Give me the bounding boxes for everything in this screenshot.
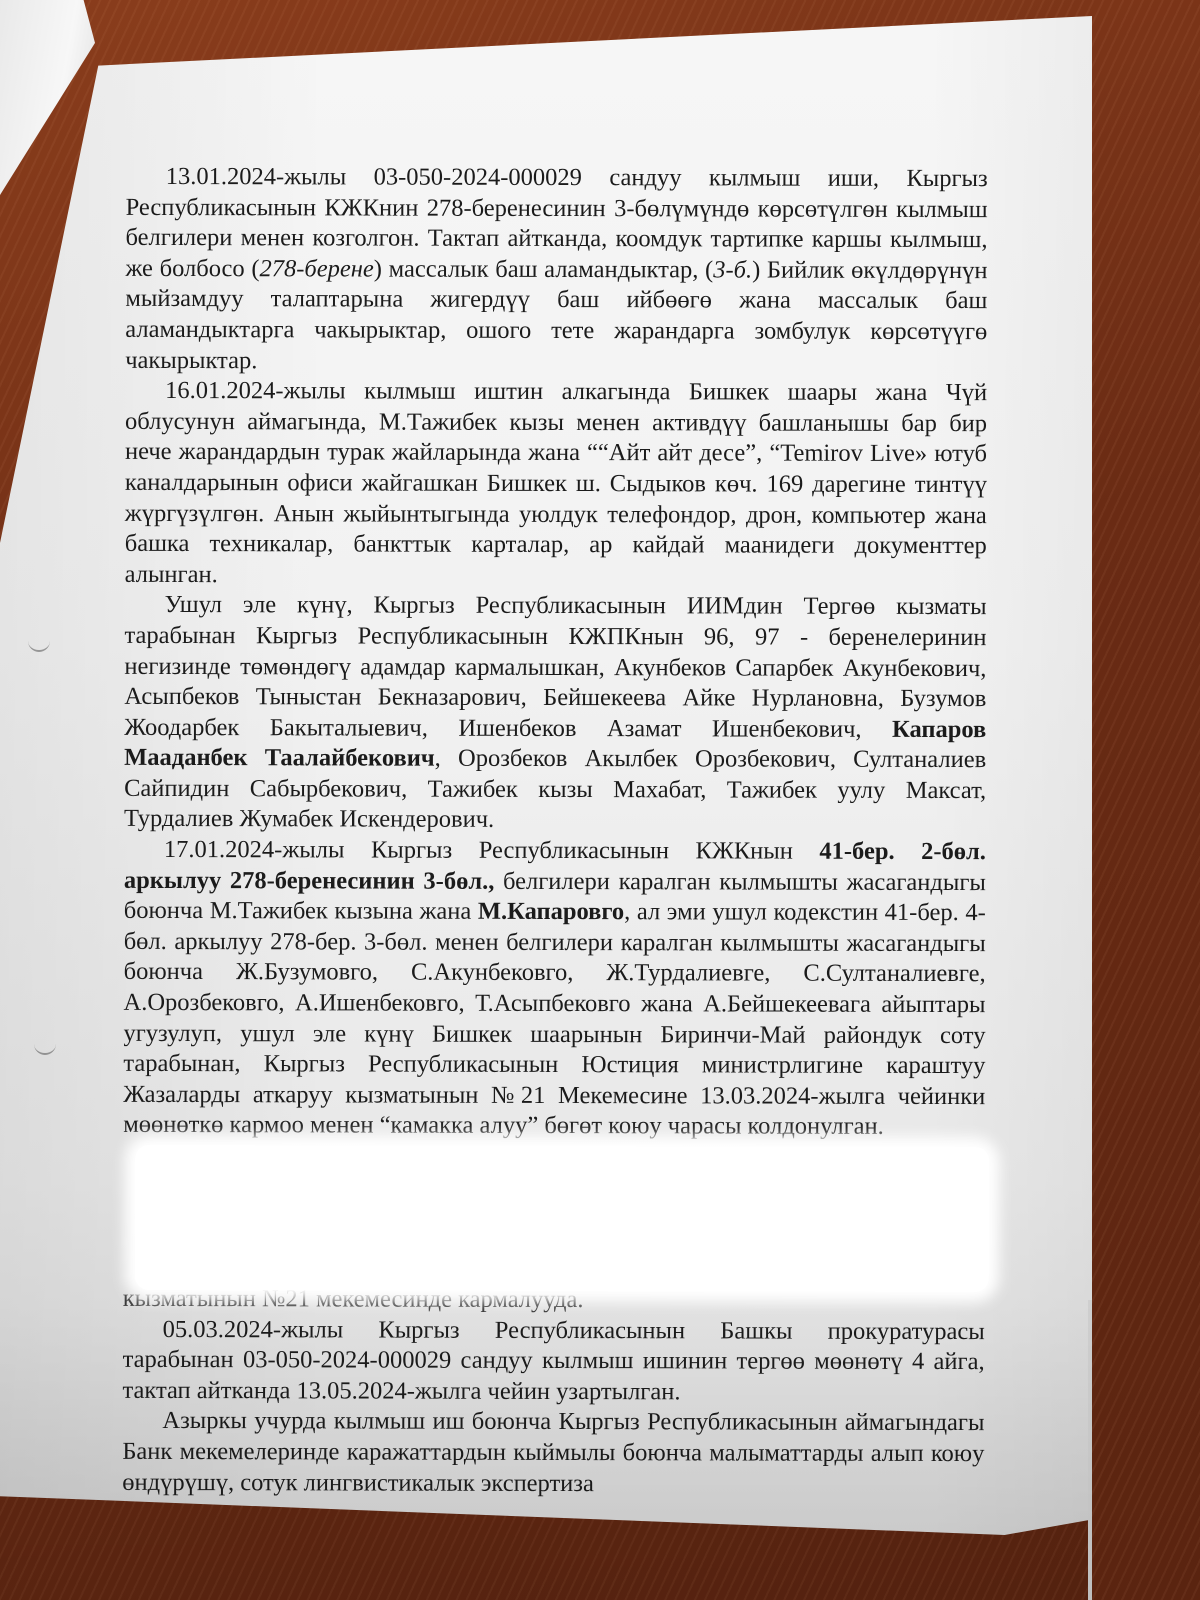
redacted-block: [135, 1145, 989, 1292]
paragraph-2: 16.01.2024-жылы кылмыш иштин алкагында Б…: [125, 376, 988, 592]
bold-text: М.Капаровго: [478, 898, 624, 925]
text-segment: 05.03.2024-жылы Кыргыз Республикасынын Б…: [122, 1316, 984, 1406]
text-segment: ) массалык баш аламандыктар, (: [374, 255, 714, 283]
text-segment: , ал эми ушул кодекстин 41-бер. 4-бөл. а…: [123, 898, 986, 1140]
paragraph-6: 05.03.2024-жылы Кыргыз Республикасынын Б…: [122, 1314, 984, 1408]
italic-text: 3-б.: [713, 256, 752, 283]
italic-text: 278-берене: [259, 255, 373, 282]
paragraph-3: Ушул эле күнү, Кыргыз Республикасынын ИИ…: [124, 590, 987, 837]
text-segment: Азыркы учурда кылмыш иш боюнча Кыргыз Ре…: [122, 1407, 984, 1496]
paragraph-4: 17.01.2024-жылы Кыргыз Республикасынын К…: [123, 835, 986, 1143]
sheet-edge: [1088, 1300, 1092, 1600]
text-segment: 16.01.2024-жылы кылмыш иштин алкагында Б…: [125, 377, 988, 588]
document-body: 13.01.2024-жылы 03-050-2024-000029 санду…: [122, 162, 987, 1500]
paragraph-1: 13.01.2024-жылы 03-050-2024-000029 санду…: [125, 162, 988, 378]
text-segment: 17.01.2024-жылы Кыргыз Республикасынын К…: [164, 836, 820, 865]
text-segment: Ушул эле күнү, Кыргыз Республикасынын ИИ…: [124, 591, 986, 742]
paragraph-7: Азыркы учурда кылмыш иш боюнча Кыргыз Ре…: [122, 1406, 984, 1500]
